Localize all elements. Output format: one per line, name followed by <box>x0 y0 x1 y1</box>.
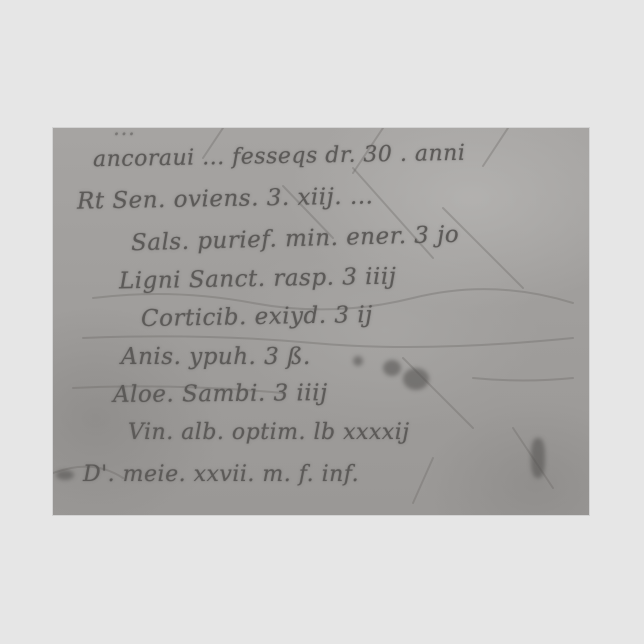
handwriting-line: Aloe. Sambi. 3 iiij <box>113 380 328 408</box>
ink-blot <box>56 470 74 480</box>
handwriting-line: ancoraui ... fesseqs dr. 30 . anni <box>93 141 466 172</box>
ink-blot <box>353 356 363 366</box>
handwriting-line: Sals. purief. min. ener. 3 jo <box>131 222 460 257</box>
handwriting-line: Vin. alb. optim. lb xxxxij <box>128 420 410 445</box>
manuscript-photo: ... ancoraui ... fesseqs dr. 30 . anni R… <box>53 128 589 515</box>
handwriting-line: Ligni Sanct. rasp. 3 iiij <box>119 264 397 295</box>
handwriting-line: D'. meie. xxvii. m. f. inf. <box>83 462 359 487</box>
handwriting-line: Anis. ypuh. 3 ß. <box>121 344 311 370</box>
handwriting-line: Rt Sen. oviens. 3. xiij. ... <box>77 183 374 214</box>
handwriting-line: Corticib. exiyd. 3 ij <box>141 302 373 332</box>
ink-blot <box>531 438 545 478</box>
page-background: ... ancoraui ... fesseqs dr. 30 . anni R… <box>0 0 644 644</box>
ink-blot <box>403 368 429 390</box>
ink-blot <box>383 360 401 376</box>
handwriting-line: ... <box>113 128 135 141</box>
